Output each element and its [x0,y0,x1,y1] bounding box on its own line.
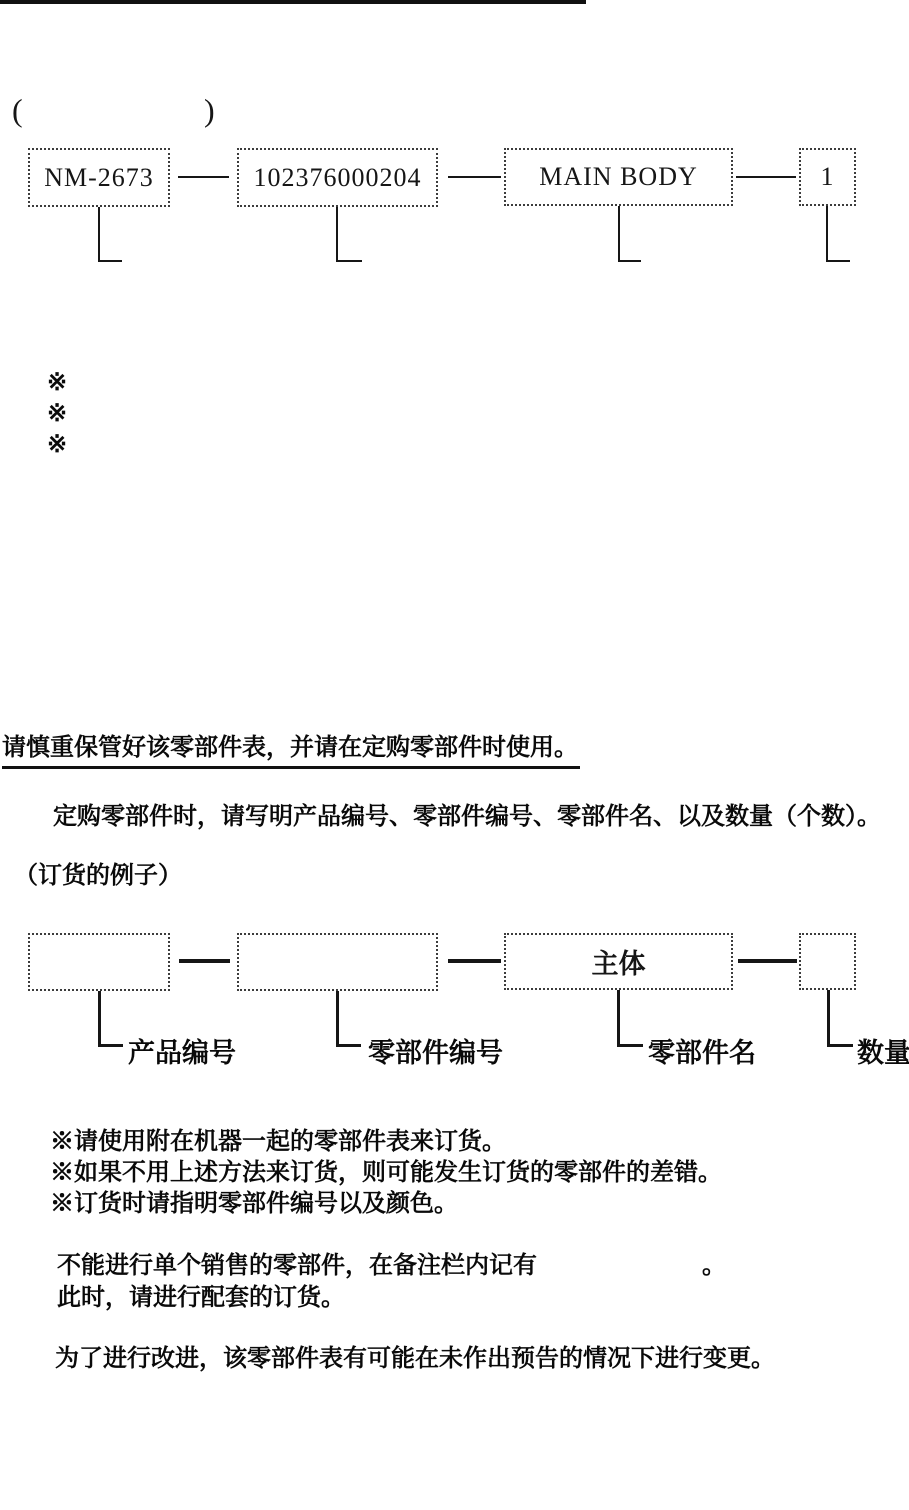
order-note-2: ※如果不用上述方法来订货，则可能发生订货的零部件的差错。 [50,1152,722,1187]
order-product-number-box [28,933,170,991]
reference-mark: ※ [47,430,67,459]
leader-line [98,207,100,262]
reference-mark: ※ [47,399,67,428]
remark-note-period: 。 [702,1245,726,1280]
leader-stub [98,1044,123,1047]
leader-line [336,991,339,1047]
leader-line [98,991,101,1047]
leader-stub [336,1044,361,1047]
change-note: 为了进行改进，该零部件表有可能在未作出预告的情况下进行变更。 [55,1338,775,1373]
example-product-number-box: NM-2673 [28,148,170,207]
paren-close: ) [204,92,215,129]
leader-stub [617,1044,643,1047]
caption-part-name: 零部件名 [648,1031,756,1070]
leader-stub [98,260,122,262]
caption-part-number: 零部件编号 [368,1031,503,1070]
order-part-name: 主体 [592,942,646,981]
order-note-3: ※订货时请指明零部件编号以及颜色。 [50,1183,458,1218]
example-part-name: MAIN BODY [539,162,698,192]
order-example-title: （订货的例子） [14,855,182,890]
leader-stub [336,260,362,262]
order-instruction-text: 定购零部件时，请写明产品编号、零部件编号、零部件名、以及数量（个数）。 [53,796,881,831]
order-part-number-box [237,933,438,991]
leader-stub [826,260,850,262]
connector-line [738,959,797,963]
connector-line [448,176,501,178]
caption-quantity: 数量 [857,1031,909,1070]
order-quantity-box [799,933,856,990]
connector-line [448,959,501,963]
example-product-number: NM-2673 [44,163,154,193]
example-quantity: 1 [821,162,835,192]
leader-line [336,207,338,262]
order-note-1: ※请使用附在机器一起的零部件表来订货。 [50,1121,506,1156]
example-part-number-box: 102376000204 [237,148,438,207]
connector-line [178,176,229,178]
paren-open: ( [12,92,23,129]
document-page: ( ) NM-2673 102376000204 MAIN BODY 1 ※ ※… [0,0,909,1510]
leader-line [617,990,620,1047]
remark-note-line1: 不能进行单个销售的零部件，在备注栏内记有 [57,1245,537,1280]
reference-mark: ※ [47,368,67,397]
leader-line [618,206,620,262]
storage-notice-heading: 请慎重保管好该零部件表，并请在定购零部件时使用。 [2,727,580,769]
example-quantity-box: 1 [799,148,856,206]
example-part-name-box: MAIN BODY [504,148,733,206]
leader-line [826,206,828,262]
example-part-number: 102376000204 [254,163,422,193]
order-part-name-box: 主体 [504,933,733,990]
connector-line [736,176,796,178]
leader-stub [827,1044,853,1047]
connector-line [179,959,230,963]
leader-line [827,990,830,1047]
leader-stub [618,260,641,262]
remark-note-line2: 此时，请进行配套的订货。 [57,1277,345,1312]
caption-product-number: 产品编号 [128,1031,236,1070]
top-rule [0,0,586,4]
